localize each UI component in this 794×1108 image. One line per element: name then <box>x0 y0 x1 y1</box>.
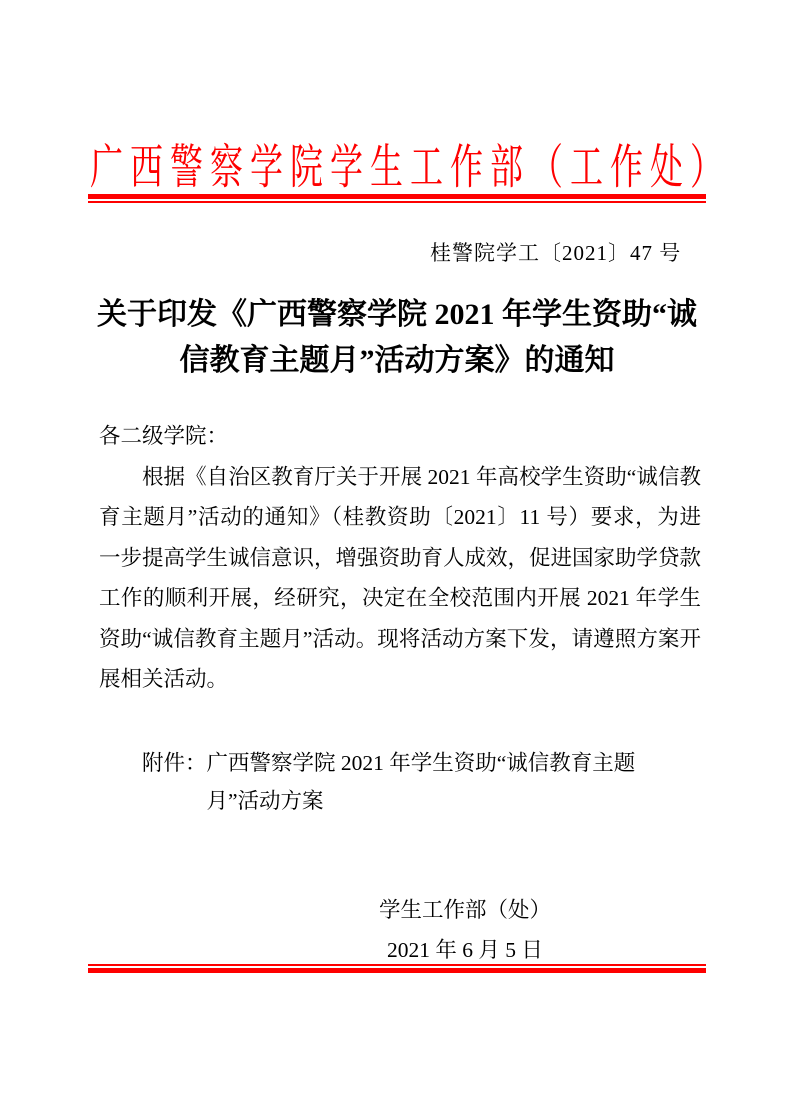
divider-thick-stripe <box>88 968 706 973</box>
attachment-note: 附件：广西警察学院 2021 年学生资助“诚信教育主题月”活动方案 <box>142 744 678 820</box>
footer-divider-line <box>88 964 706 973</box>
doc-title: 关于印发《广西警察学院 2021 年学生资助“诚 信教育主题月”活动方案》的通知 <box>90 292 704 384</box>
signature-block: 学生工作部（处） 2021 年 6 月 5 日 <box>300 890 630 970</box>
letterhead-divider-line <box>88 194 706 203</box>
divider-thin-stripe <box>88 201 706 203</box>
letterhead-org-name: 广西警察学院学生工作部（工作处） <box>90 130 704 198</box>
doc-body: 各二级学院： 根据《自治区教育厅关于开展 2021 年高校学生资助“诚信教育主题… <box>99 416 701 700</box>
doc-title-line1: 关于印发《广西警察学院 2021 年学生资助“诚 <box>90 292 704 338</box>
doc-reference-number: 桂警院学工〔2021〕47 号 <box>430 237 681 267</box>
signature-department: 学生工作部（处） <box>300 890 630 930</box>
document-page: 广西警察学院学生工作部（工作处） 桂警院学工〔2021〕47 号 关于印发《广西… <box>0 0 794 1108</box>
doc-title-line2: 信教育主题月”活动方案》的通知 <box>90 338 704 384</box>
main-paragraph: 根据《自治区教育厅关于开展 2021 年高校学生资助“诚信教育主题月”活动的通知… <box>99 457 701 700</box>
salutation: 各二级学院： <box>99 416 701 457</box>
